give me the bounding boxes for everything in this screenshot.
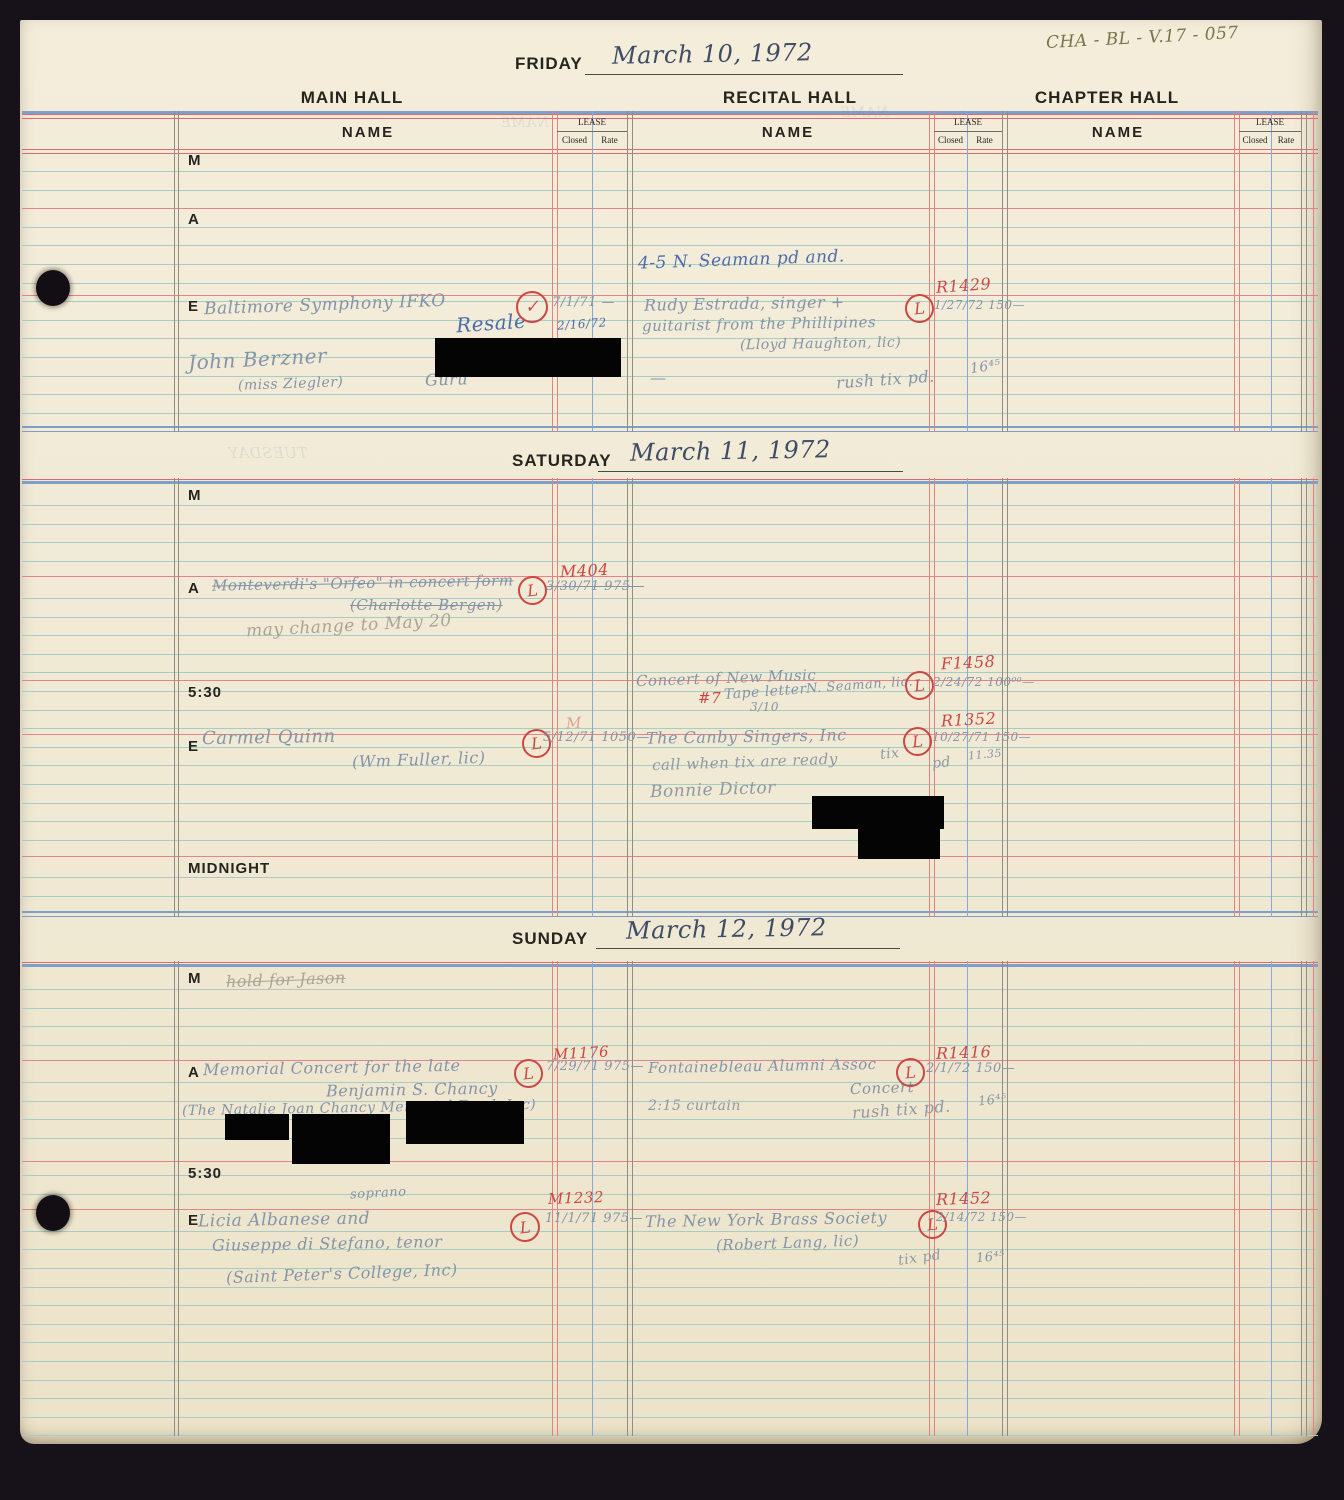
vertical-rule bbox=[1007, 111, 1008, 432]
ruled-line bbox=[934, 131, 1002, 132]
vertical-rule bbox=[1301, 961, 1302, 1436]
vertical-rule bbox=[592, 111, 593, 432]
punch-hole-bottom bbox=[36, 1195, 70, 1231]
closed-header: Closed bbox=[562, 135, 587, 145]
ruled-line bbox=[22, 561, 1318, 562]
vertical-rule bbox=[1239, 961, 1240, 1436]
time-label-a: A bbox=[188, 580, 200, 597]
vertical-rule bbox=[552, 111, 553, 432]
vertical-rule bbox=[178, 478, 179, 917]
vertical-rule bbox=[174, 961, 175, 1436]
vertical-rule bbox=[1306, 961, 1307, 1436]
vertical-rule bbox=[557, 111, 558, 432]
handwritten-note: (Charlotte Bergen) bbox=[350, 598, 503, 613]
vertical-rule bbox=[1002, 478, 1003, 917]
handwritten-note: 10/27/71 150— bbox=[932, 731, 1031, 743]
handwritten-note: M404 bbox=[560, 562, 610, 581]
time-label-e: E bbox=[188, 298, 199, 315]
ruled-line bbox=[22, 245, 1318, 246]
hall-header: MAIN HALL bbox=[301, 88, 403, 108]
vertical-rule bbox=[1007, 478, 1008, 917]
ruled-line bbox=[22, 911, 1318, 913]
hall-header: RECITAL HALL bbox=[723, 88, 857, 108]
ruled-line bbox=[22, 1138, 1318, 1139]
ruled-line bbox=[22, 1082, 1318, 1083]
vertical-rule bbox=[967, 478, 968, 917]
handwritten-note: N. Seaman, lic. bbox=[806, 675, 914, 695]
day-date-handwritten: March 12, 1972 bbox=[626, 915, 827, 943]
handwritten-note: 4-5 N. Seaman pd and. bbox=[638, 248, 845, 272]
vertical-rule bbox=[557, 478, 558, 917]
handwritten-note: hold for Jason bbox=[226, 970, 346, 990]
lease-circle-mark: L bbox=[509, 1211, 542, 1244]
lease-circle-mark: L bbox=[904, 670, 936, 702]
handwritten-note: F1458 bbox=[941, 654, 996, 673]
handwritten-note: guitarist from the Phillipines bbox=[642, 315, 876, 334]
vertical-rule bbox=[967, 111, 968, 432]
handwritten-note: 3/10 bbox=[750, 701, 779, 713]
handwritten-note: rush tix pd. bbox=[852, 1099, 952, 1122]
ruled-line bbox=[22, 376, 1318, 377]
vertical-rule bbox=[627, 961, 628, 1436]
ruled-line bbox=[22, 153, 1318, 154]
ruled-line bbox=[22, 962, 1318, 963]
handwritten-note: M1232 bbox=[548, 1190, 605, 1207]
ruled-line bbox=[22, 481, 1318, 484]
redaction-box bbox=[435, 338, 621, 377]
handwritten-note: 11/1/71 975— bbox=[545, 1212, 643, 1225]
vertical-rule bbox=[929, 961, 930, 1436]
handwritten-note: soprano bbox=[350, 1186, 407, 1202]
vertical-rule bbox=[1239, 111, 1240, 432]
ruled-line bbox=[22, 505, 1318, 506]
ruled-line bbox=[22, 431, 1318, 432]
handwritten-note: tix bbox=[879, 746, 900, 762]
ruled-line bbox=[22, 1194, 1318, 1195]
vertical-rule bbox=[632, 111, 633, 432]
handwritten-note: 16⁴⁵ bbox=[975, 1250, 1005, 1265]
vertical-rule bbox=[627, 478, 628, 917]
handwritten-note: 7/29/71 975— bbox=[546, 1060, 644, 1073]
ruled-line bbox=[22, 598, 1318, 599]
handwritten-note: R1416 bbox=[936, 1044, 992, 1062]
handwritten-note: R1429 bbox=[936, 276, 992, 296]
handwritten-note: Monteverdi's "Orfeo" in concert form bbox=[212, 573, 514, 593]
redaction-box bbox=[406, 1101, 524, 1144]
time-label-m: M bbox=[188, 152, 202, 169]
ruled-line bbox=[22, 171, 1318, 172]
ruled-line bbox=[22, 227, 1318, 228]
time-label-a: A bbox=[188, 1064, 200, 1081]
ruled-line bbox=[22, 617, 1318, 618]
vertical-rule bbox=[632, 478, 633, 917]
ruled-line bbox=[22, 338, 1318, 339]
handwritten-note: CHA - BL - V.17 - 057 bbox=[1046, 25, 1239, 52]
vertical-rule bbox=[1007, 961, 1008, 1436]
ruled-line bbox=[22, 1361, 1318, 1362]
redaction-box bbox=[812, 796, 944, 829]
handwritten-note: 2/16/72 bbox=[557, 316, 607, 331]
handwritten-note: 16⁴⁵ bbox=[977, 1093, 1007, 1109]
ruled-line bbox=[22, 803, 1318, 804]
vertical-rule bbox=[1301, 478, 1302, 917]
ruled-line bbox=[22, 1417, 1318, 1418]
vertical-rule bbox=[1234, 961, 1235, 1436]
ruled-line bbox=[22, 524, 1318, 525]
ghost-text: TUESDAY bbox=[228, 446, 308, 461]
ruled-line bbox=[22, 896, 1318, 897]
handwritten-note: R1452 bbox=[936, 1190, 992, 1208]
handwritten-note: Tape letter bbox=[724, 682, 808, 702]
ruled-line bbox=[22, 114, 1318, 115]
name-header: NAME bbox=[342, 124, 394, 141]
scanned-ledger-page: FRIDAYMarch 10, 1972MAESATURDAYMarch 11,… bbox=[20, 20, 1322, 1444]
handwritten-note: Licia Albanese and bbox=[198, 1210, 370, 1230]
closed-header: Closed bbox=[938, 135, 963, 145]
ghost-text: NAME bbox=[500, 116, 549, 130]
handwritten-note: (miss Ziegler) bbox=[238, 375, 344, 393]
handwritten-note: — bbox=[650, 370, 667, 386]
day-date-underline bbox=[598, 471, 903, 472]
vertical-rule bbox=[632, 961, 633, 1436]
vertical-rule bbox=[174, 478, 175, 917]
vertical-rule bbox=[1234, 478, 1235, 917]
handwritten-note: 2/14/72 150— bbox=[936, 1211, 1027, 1223]
handwritten-note: 2:15 curtain bbox=[648, 1099, 741, 1113]
handwritten-note: Rudy Estrada, singer + bbox=[644, 294, 845, 313]
lease-circle-mark: L bbox=[513, 1058, 545, 1090]
vertical-rule bbox=[934, 961, 935, 1436]
ruled-line bbox=[22, 190, 1318, 191]
ruled-line bbox=[1239, 131, 1301, 132]
redaction-box bbox=[858, 826, 940, 859]
vertical-rule bbox=[1234, 111, 1235, 432]
ruled-line bbox=[22, 1342, 1318, 1343]
ruled-line bbox=[22, 1435, 1318, 1436]
rate-header: Rate bbox=[976, 135, 993, 145]
ruled-line bbox=[22, 710, 1318, 711]
ruled-line bbox=[22, 394, 1318, 395]
handwritten-note: Memorial Concert for the late bbox=[203, 1058, 461, 1078]
ruled-line bbox=[22, 283, 1318, 284]
handwritten-note: The Canby Singers, Inc bbox=[646, 727, 847, 747]
lease-header: LEASE bbox=[578, 117, 606, 127]
vertical-rule bbox=[178, 111, 179, 432]
day-date-underline bbox=[585, 74, 903, 75]
vertical-rule bbox=[1313, 478, 1314, 917]
ruled-line bbox=[22, 877, 1318, 878]
ruled-line bbox=[22, 840, 1318, 841]
redaction-box bbox=[292, 1114, 390, 1164]
time-label-m: M bbox=[188, 970, 202, 987]
handwritten-note: Fontainebleau Alumni Assoc bbox=[648, 1057, 877, 1076]
lease-header: LEASE bbox=[1256, 117, 1284, 127]
vertical-rule bbox=[1301, 111, 1302, 432]
time-label-e: E bbox=[188, 738, 199, 755]
handwritten-note: Giuseppe di Stefano, tenor bbox=[212, 1234, 443, 1254]
vertical-rule bbox=[627, 111, 628, 432]
punch-hole-top bbox=[36, 270, 70, 306]
ruled-line bbox=[22, 1209, 1318, 1210]
handwritten-note: Bonnie Dictor bbox=[650, 780, 776, 801]
handwritten-note: The New York Brass Society bbox=[645, 1210, 887, 1230]
handwritten-note: R1352 bbox=[941, 711, 997, 730]
vertical-rule bbox=[552, 478, 553, 917]
ruled-line bbox=[22, 989, 1318, 990]
ruled-line bbox=[22, 821, 1318, 822]
vertical-rule bbox=[1002, 961, 1003, 1436]
ruled-line bbox=[22, 856, 1318, 857]
vertical-rule bbox=[1306, 111, 1307, 432]
vertical-rule bbox=[1002, 111, 1003, 432]
day-date-handwritten: March 11, 1972 bbox=[630, 437, 831, 465]
ruled-line bbox=[22, 1305, 1318, 1306]
ruled-line bbox=[22, 635, 1318, 636]
ruled-line bbox=[22, 1008, 1318, 1009]
ruled-line bbox=[22, 1026, 1318, 1027]
time-label-midnight: MIDNIGHT bbox=[188, 860, 270, 877]
handwritten-note: 5/12/71 1050— bbox=[543, 731, 650, 744]
handwritten-note: 1/27/72 150— bbox=[934, 299, 1025, 311]
hall-header: CHAPTER HALL bbox=[1035, 88, 1179, 108]
handwritten-note: Baltimore Symphony IFKO bbox=[204, 293, 446, 318]
time-label-530: 5:30 bbox=[188, 1165, 222, 1182]
handwritten-note: Benjamin S. Chancy bbox=[326, 1081, 498, 1100]
handwritten-note: call when tix are ready bbox=[652, 752, 838, 773]
ghost-text: NAME bbox=[840, 106, 889, 120]
handwritten-note: (Robert Lang, lic) bbox=[716, 1234, 860, 1254]
name-header: NAME bbox=[762, 124, 814, 141]
ruled-line bbox=[22, 1324, 1318, 1325]
handwritten-note: 2/24/72 100⁰⁰— bbox=[933, 676, 1035, 688]
day-date-underline bbox=[596, 948, 900, 949]
lease-header: LEASE bbox=[954, 117, 982, 127]
time-label-m: M bbox=[188, 487, 202, 504]
redaction-box bbox=[225, 1114, 289, 1140]
vertical-rule bbox=[1271, 478, 1272, 917]
day-date-handwritten: March 10, 1972 bbox=[612, 40, 813, 68]
ruled-line bbox=[22, 479, 1318, 480]
handwritten-note: 7/1/71 — bbox=[552, 296, 615, 309]
vertical-rule bbox=[174, 111, 175, 432]
handwritten-note: Carmel Quinn bbox=[202, 728, 336, 748]
handwritten-note: (Saint Peter's College, Inc) bbox=[226, 1262, 458, 1286]
ruled-line bbox=[22, 426, 1318, 428]
day-label: SATURDAY bbox=[512, 451, 612, 471]
ruled-line bbox=[22, 208, 1318, 209]
ruled-line bbox=[557, 131, 627, 132]
handwritten-note: 16⁴⁵ bbox=[969, 358, 1002, 376]
handwritten-note: rush tix pd. bbox=[836, 369, 936, 392]
handwritten-note: 11.35 bbox=[968, 748, 1003, 762]
day-label: SUNDAY bbox=[512, 929, 588, 949]
rate-header: Rate bbox=[1278, 135, 1295, 145]
lease-circle-mark: L bbox=[517, 575, 549, 607]
time-label-a: A bbox=[188, 211, 200, 228]
time-label-530: 5:30 bbox=[188, 684, 222, 701]
ruled-line bbox=[22, 654, 1318, 655]
handwritten-note: 2/1/72 150— bbox=[926, 1062, 1015, 1075]
vertical-rule bbox=[1313, 961, 1314, 1436]
handwritten-note: tix pd bbox=[897, 1248, 942, 1268]
rate-header: Rate bbox=[601, 135, 618, 145]
vertical-rule bbox=[1271, 111, 1272, 432]
ruled-line bbox=[22, 149, 1318, 150]
ruled-line bbox=[22, 1119, 1318, 1120]
ruled-line bbox=[22, 1268, 1318, 1269]
ruled-line bbox=[22, 1045, 1318, 1046]
handwritten-note: (Wm Fuller, lic) bbox=[352, 750, 486, 771]
ruled-line bbox=[22, 964, 1318, 967]
closed-header: Closed bbox=[1242, 135, 1267, 145]
handwritten-note: John Berzner bbox=[188, 345, 328, 372]
vertical-rule bbox=[1306, 478, 1307, 917]
handwritten-note: Resale bbox=[455, 311, 527, 336]
vertical-rule bbox=[592, 478, 593, 917]
vertical-rule bbox=[178, 961, 179, 1436]
handwritten-note: pd bbox=[931, 755, 951, 771]
name-header: NAME bbox=[1092, 124, 1144, 141]
ruled-line bbox=[22, 118, 1318, 119]
ruled-line bbox=[22, 1398, 1318, 1399]
vertical-rule bbox=[1271, 961, 1272, 1436]
day-label: FRIDAY bbox=[515, 54, 583, 74]
vertical-rule bbox=[1239, 478, 1240, 917]
handwritten-note: #7 bbox=[698, 691, 721, 706]
ruled-line bbox=[22, 413, 1318, 414]
handwritten-note: (Lloyd Haughton, lic) bbox=[740, 336, 902, 353]
ruled-line bbox=[22, 1380, 1318, 1381]
ruled-line bbox=[22, 1287, 1318, 1288]
handwritten-note: 3/30/71 975— bbox=[546, 580, 644, 593]
ruled-line bbox=[22, 1161, 1318, 1162]
ruled-line bbox=[22, 542, 1318, 543]
vertical-rule bbox=[1313, 111, 1314, 432]
